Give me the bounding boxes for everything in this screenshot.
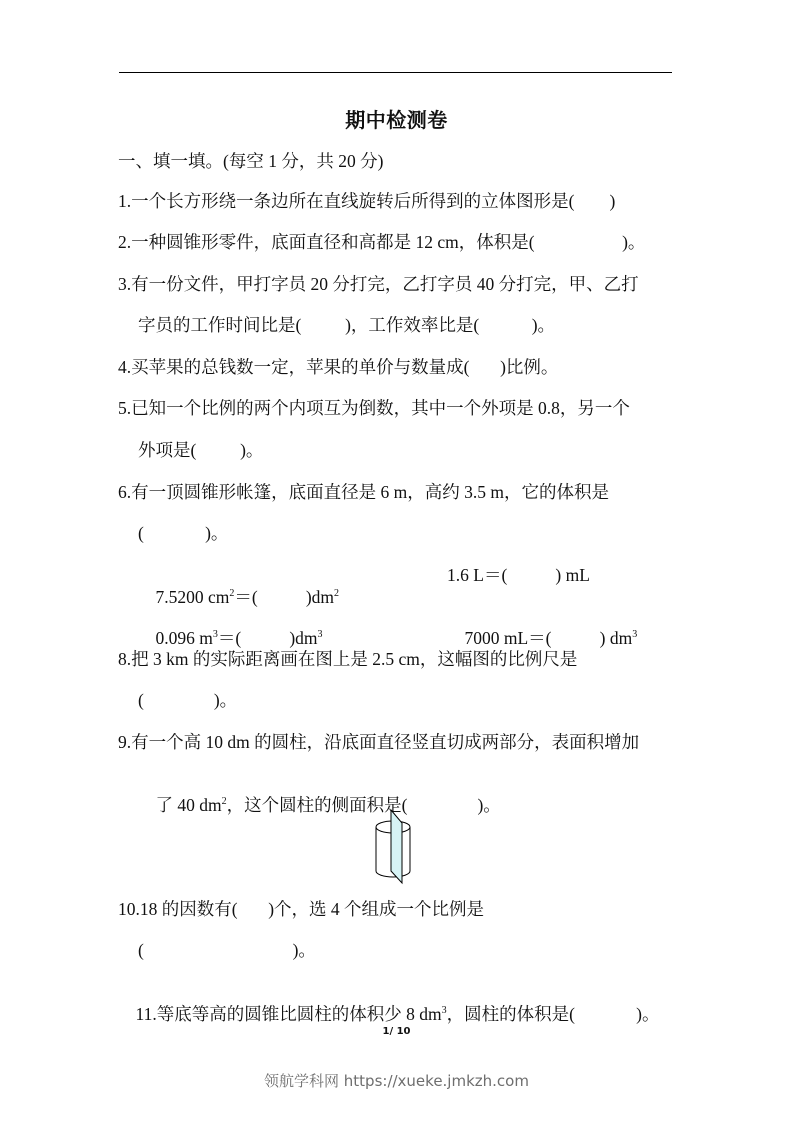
question-4: 4.买苹果的总钱数一定，苹果的单价与数量成( )比例。	[118, 356, 558, 378]
question-8-line-1: 8.把 3 km 的实际距离画在图上是 2.5 cm，这幅图的比例尺是	[118, 648, 577, 670]
cylinder-cut-icon	[366, 805, 426, 885]
question-2: 2.一种圆锥形零件，底面直径和高都是 12 cm，体积是( )。	[118, 231, 645, 253]
question-10-line-2: ( )。	[138, 939, 316, 961]
question-9-pre: 了 40 dm	[156, 795, 222, 815]
conversion-3-mid-sup: 3	[318, 629, 323, 640]
conversion-4-left-sup: 3	[632, 629, 637, 640]
conversion-1-mid: ＝( )dm	[234, 587, 334, 607]
page-number: 1/ 10	[0, 1026, 793, 1037]
exam-page: 期中检测卷 一、填一填。(每空 1 分，共 20 分) 1.一个长方形绕一条边所…	[0, 0, 793, 1122]
question-3-line-1: 3.有一份文件，甲打字员 20 分打完，乙打字员 40 分打完，甲、乙打	[118, 273, 639, 295]
question-9-line-1: 9.有一个高 10 dm 的圆柱，沿底面直径竖直切成两部分，表面积增加	[118, 731, 639, 753]
question-11: 11.等底等高的圆锥比圆柱的体积少 8 dm3，圆柱的体积是( )。	[118, 981, 660, 1047]
page-title: 期中检测卷	[0, 104, 793, 133]
question-10-line-1: 10.18 的因数有( )个，选 4 个组成一个比例是	[118, 898, 484, 920]
question-11-post: ，圆柱的体积是( )。	[447, 1004, 660, 1024]
watermark: 领航学科网 https://xueke.jmkzh.com	[0, 1070, 793, 1091]
section-heading: 一、填一填。(每空 1 分，共 20 分)	[118, 150, 383, 172]
conversion-3-left: 0.096 m	[156, 628, 213, 648]
question-5-line-1: 5.已知一个比例的两个内项互为倒数，其中一个外项是 0.8，另一个	[118, 397, 630, 419]
question-3-line-2: 字员的工作时间比是( )，工作效率比是( )。	[138, 314, 555, 336]
conversion-4-left: 7000 mL＝( ) dm	[465, 628, 633, 648]
question-6-line-2: ( )。	[138, 522, 228, 544]
conversion-3-mid: ＝( )dm	[218, 628, 318, 648]
question-6-line-1: 6.有一顶圆锥形帐篷，底面直径是 6 m，高约 3.5 m，它的体积是	[118, 481, 609, 503]
conversion-1-left: 7.5200 cm	[156, 587, 230, 607]
question-8-line-2: ( )。	[138, 689, 237, 711]
question-5-line-2: 外项是( )。	[138, 439, 263, 461]
conversion-1-mid-sup: 2	[334, 588, 339, 599]
header-rule	[119, 72, 672, 73]
question-9-post: ，这个圆柱的侧面积是( )。	[227, 795, 501, 815]
question-11-pre: 11.等底等高的圆锥比圆柱的体积少 8 dm	[136, 1004, 442, 1024]
conversion-2: 1.6 L＝( ) mL	[447, 564, 590, 586]
question-9-line-2: 了 40 dm2，这个圆柱的侧面积是( )。	[138, 772, 501, 838]
question-1: 1.一个长方形绕一条边所在直线旋转后所得到的立体图形是( )	[118, 190, 615, 212]
